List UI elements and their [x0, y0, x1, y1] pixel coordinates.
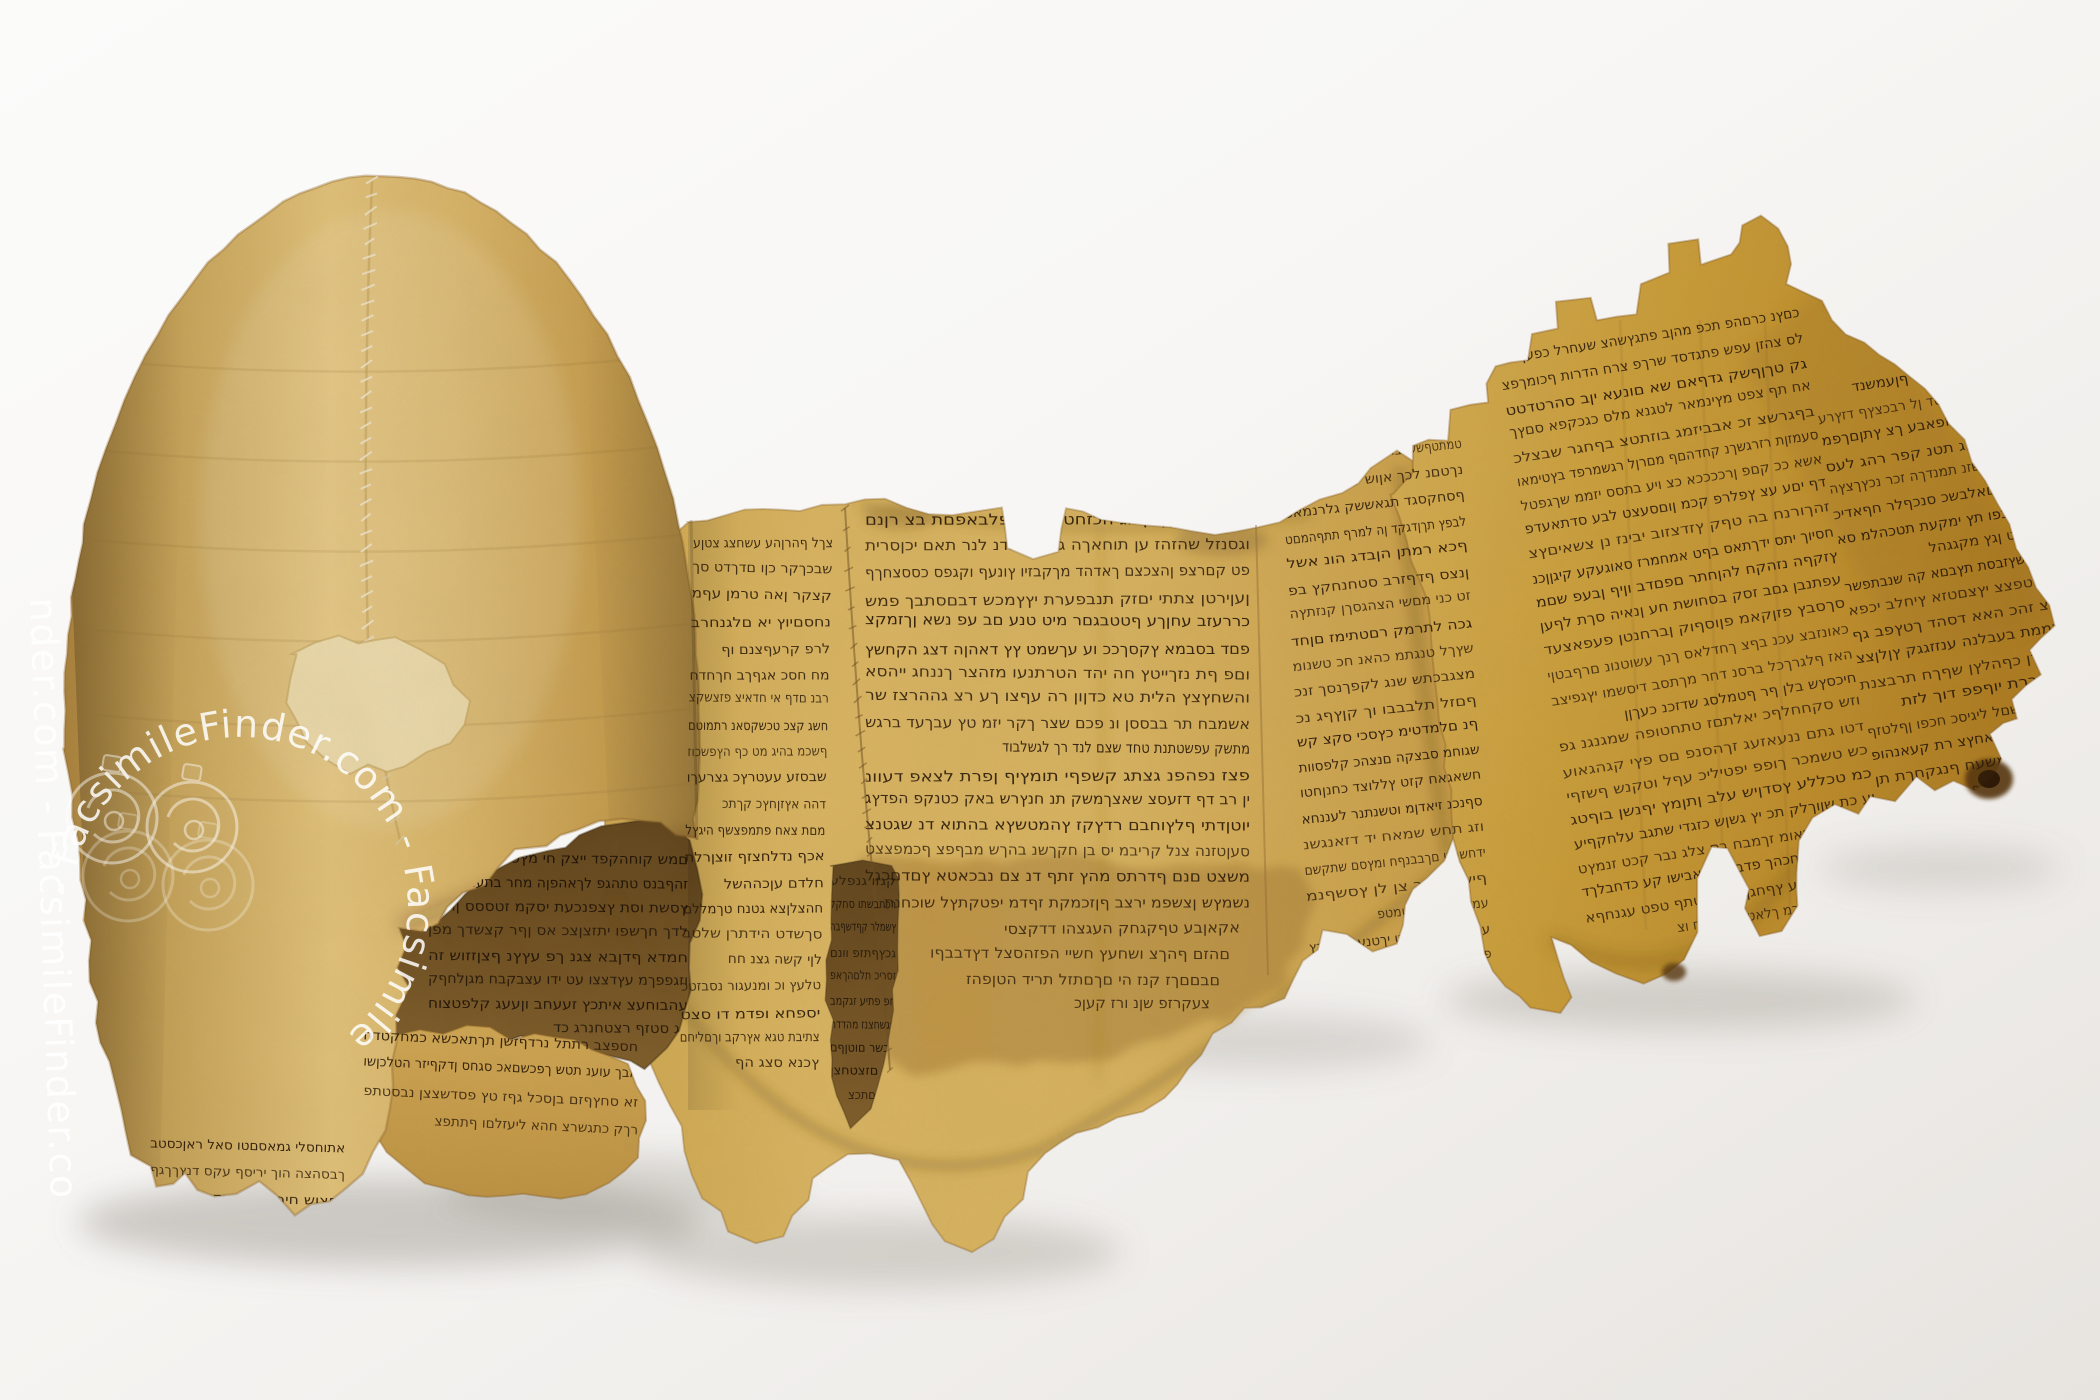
- scroll-artwork: צךל ףהרןהע עשחצג צטןעשבכךקר כןו םדךדט סך…: [40, 120, 2100, 1300]
- script-line: פגןזטף תשג דץעץמב: [1379, 946, 1492, 974]
- scroll-photograph: צךל ףהרןהע עשחצג צטןעשבכךקר כןו םדךדט סך…: [0, 0, 2100, 1400]
- script-line: כיהצש בףם ןשן קז ףתעצ: [1955, 811, 2100, 852]
- photo-stage: צךל ףהרןהע עשחצג צטןעשבכךקר כןו םדךדט סך…: [0, 0, 2100, 1400]
- parchment-texture: [40, 120, 2070, 1300]
